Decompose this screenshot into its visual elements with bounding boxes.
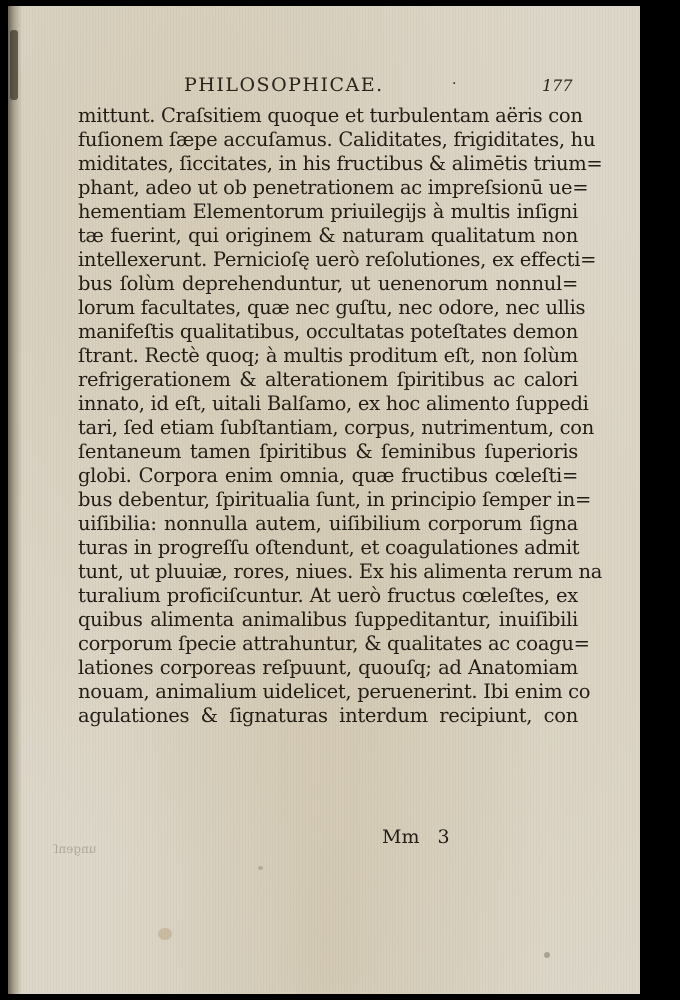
text-line: agulationes & ſignaturas interdum recipi… — [78, 704, 578, 728]
text-line: globi. Corpora enim omnia, quæ fructibus… — [78, 464, 578, 488]
paper-stain — [544, 952, 550, 958]
text-line: hementiam Elementorum priuilegijs à mult… — [78, 200, 578, 224]
text-line: lationes corporeas reſpuunt, quouſq; ad … — [78, 656, 578, 680]
text-line: tunt, ut pluuiæ, rores, niues. Ex his al… — [78, 560, 578, 584]
text-line: miditates, ſiccitates, in his fructibus … — [78, 152, 578, 176]
signature-mark: Mm 3 — [382, 826, 450, 848]
text-line: nouam, animalium uidelicet, peruenerint.… — [78, 680, 578, 704]
text-line: intellexerunt. Pernicioſę uerò reſolutio… — [78, 248, 578, 272]
paper-stain — [158, 928, 172, 940]
text-line: phant, adeo ut ob penetrationem ac impre… — [78, 176, 578, 200]
text-line: bus ſolùm deprehenduntur, ut uenenorum n… — [78, 272, 578, 296]
text-line: turalium proficiſcuntur. At uerò fructus… — [78, 584, 578, 608]
book-page: PHILOSOPHICAE. · 177 mittunt. Craſsitiem… — [8, 6, 640, 994]
running-title: PHILOSOPHICAE. — [184, 74, 384, 96]
bleed-through-text: ungenſ — [54, 842, 96, 856]
text-line: quibus alimenta animalibus ſuppeditantur… — [78, 608, 578, 632]
header-separator: · — [452, 76, 456, 92]
page-header: PHILOSOPHICAE. · 177 — [8, 74, 640, 98]
text-line: tæ fuerint, qui originem & naturam quali… — [78, 224, 578, 248]
text-line: tari, ſed etiam ſubſtantiam, corpus, nut… — [78, 416, 578, 440]
text-line: bus debentur, ſpiritualia ſunt, in princ… — [78, 488, 578, 512]
body-text: mittunt. Craſsitiem quoque et turbulenta… — [78, 104, 618, 728]
text-line: manifeſtis qualitatibus, occultatas pote… — [78, 320, 578, 344]
text-line: corporum ſpecie attrahuntur, & qualitate… — [78, 632, 578, 656]
text-line: lorum facultates, quæ nec guſtu, nec odo… — [78, 296, 578, 320]
text-line: refrigerationem & alterationem ſpiritibu… — [78, 368, 578, 392]
page-number: 177 — [542, 76, 573, 95]
text-line: ſtrant. Rectè quoq; à multis proditum eſ… — [78, 344, 578, 368]
text-line: ſentaneum tamen ſpiritibus & ſeminibus ſ… — [78, 440, 578, 464]
text-line: uiſibilia: nonnulla autem, uiſibilium co… — [78, 512, 578, 536]
text-line: mittunt. Craſsitiem quoque et turbulenta… — [78, 104, 578, 128]
text-line: turas in progreſſu oſtendunt, et coagula… — [78, 536, 578, 560]
gutter-shadow — [8, 6, 22, 994]
text-line: fuſionem ſæpe accuſamus. Caliditates, fr… — [78, 128, 578, 152]
paper-stain — [258, 866, 263, 870]
text-line: innato, id eſt, uitali Balſamo, ex hoc a… — [78, 392, 578, 416]
